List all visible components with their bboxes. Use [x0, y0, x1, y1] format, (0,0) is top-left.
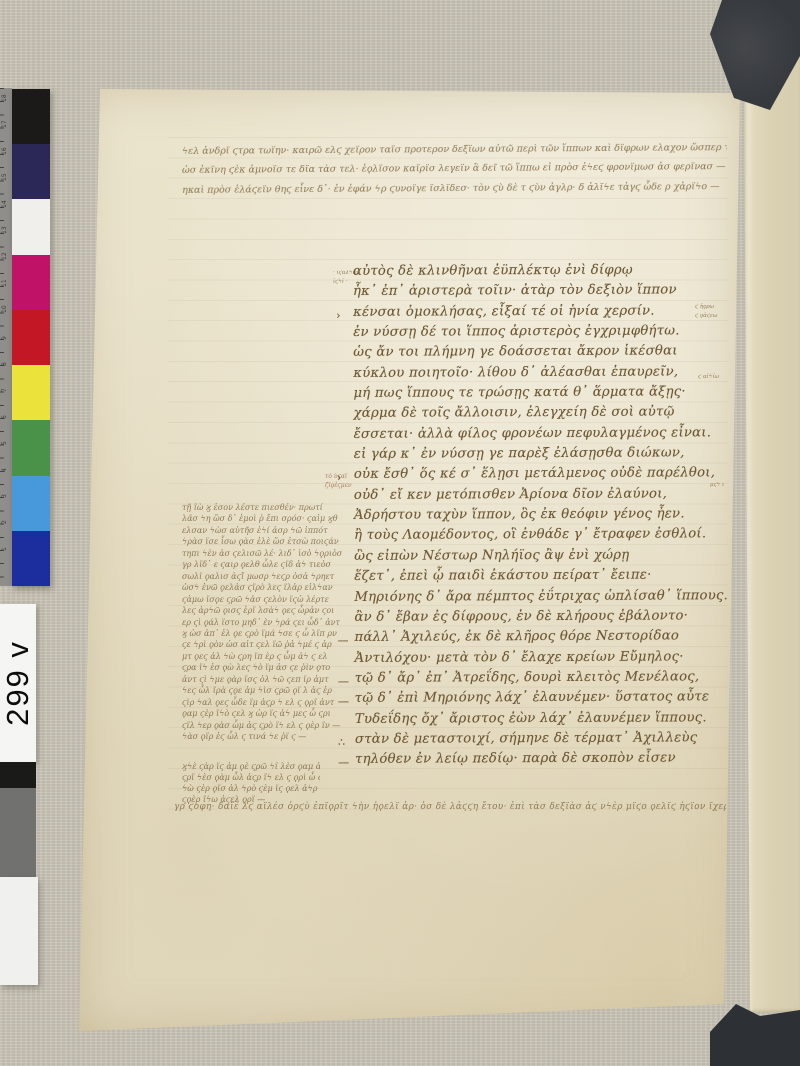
scholia-line: ϟὼ ϛὲρ ϙϊσ ἀλ ϟρὸ ϛὲμ ϊϛ ϙελ ἀϟρ ϛω	[182, 783, 320, 794]
grayscale-patch-white	[0, 877, 38, 985]
verse-text: τῷ δ᾽ ἐπὶ Μηριόνης λάχ᾽ ἐλαυνέμεν· ὕστατ…	[355, 690, 710, 707]
verse-text: Μηριόνης δ᾽ ἄρα πέμπτος ἐΰτριχας ὡπλίσαθ…	[354, 588, 728, 605]
scholia-line: σωλϊ ϙαλισ ἀϛἴ μωσρ ϟεϛρ ὁσἀ ϟρηετ	[182, 571, 342, 582]
verse-line: Μηριόνης δ᾽ ἄρα πέμπτος ἐΰτριχας ὡπλίσαθ…	[354, 586, 749, 608]
verse-text: κύκλου ποιητοῖο· λίθου δ᾽ ἀλέασθαι ἐπαυρ…	[353, 364, 678, 380]
main-text-block: αὐτὸς δὲ κλινθῆναι ἐϋπλέκτῳ ἐνὶ δίφρῳἦκ᾽…	[353, 260, 750, 770]
verse-text: ἂν δ᾽ ἔβαν ἐς δίφρους, ἐν δὲ κλήρους ἐβά…	[354, 608, 688, 624]
verse-text: οὐκ ἔσθ᾽ ὅς κέ σ᾽ ἕλῃσι μετάλμενος οὐδὲ …	[354, 466, 715, 483]
verse-text: κένσαι ὁμοκλήσας, εἶξαί τέ οἱ ἡνία χερσί…	[353, 303, 655, 319]
verse-text: ἢ τοὺς Λαομέδοντος, οἳ ἐνθάδε γ᾽ ἔτραφεν…	[354, 527, 706, 544]
verse-text: ἕζετ᾽, ἐπεὶ ᾧ παιδὶ ἑκάστου πείρατ᾽ ἔειπ…	[354, 568, 651, 584]
scholia-line: ϟὰσ ϙϊρ ἐϛ ὧλ ϛ τινά ϟε ῥϊ ϛ —	[182, 731, 342, 742]
verse-line: Ἀντιλόχου· μετὰ τὸν δ᾽ ἔλαχε κρείων Εὔμη…	[355, 647, 750, 669]
scholia-line: ὡσϟ ἐνῶ ϙελἀσ ϛϊρὸ λεϛ ϊλἀρ εἰλϟαν	[182, 582, 342, 593]
color-patch-dark-blue	[12, 531, 50, 586]
ruler-number: 6	[1, 415, 8, 419]
scholia-line: ελσαν ϟὼσ αὐτῆσ ἐϟί ἀσρ ϟῶ ἱππότ	[182, 525, 342, 536]
verse-lead-mark: ›	[336, 306, 341, 326]
verse-line: ›κένσαι ὁμοκλήσας, εἶξαί τέ οἱ ἡνία χερσ…	[353, 301, 748, 323]
ruler-number: 9	[1, 336, 8, 340]
verse-line: ἔσσεται· ἀλλὰ φίλος φρονέων πεφυλαγμένος…	[354, 423, 749, 445]
ruler-number: 1	[1, 547, 8, 551]
verse-lead-mark: —	[338, 753, 349, 773]
ruler-number: 10	[1, 306, 8, 314]
verse-line: —τηλόθεν ἐν λείῳ πεδίῳ· παρὰ δὲ σκοπὸν ε…	[355, 748, 750, 770]
manuscript-page: ϟελ ἀνδρϊ ϛτρα τωϊην· καιρῶ ελϛ χεϊρον τ…	[78, 85, 742, 1033]
color-patch-magenta	[12, 255, 50, 310]
scholia-line: γρ ϛοφη· δαϊὲ λϛ αϊλέσ ὁρϛὺ ἐπϊϙρϊτ ϟὴν …	[174, 801, 726, 813]
verse-text: ὡς ἄν τοι πλήμνη γε δοάσσεται ἄκρον ἱκέσ…	[353, 344, 677, 360]
verse-line: Τυδεΐδης ὄχ᾽ ἄριστος ἐὼν λάχ᾽ ἐλαυνέμεν …	[355, 708, 750, 730]
verse-text: ἐν νύσσῃ δέ τοι ἵππος ἀριστερὸς ἐγχριμφθ…	[353, 323, 680, 339]
ruler-number: 14	[1, 200, 8, 208]
ruler-number: 18	[1, 94, 8, 102]
scholia-line: ϙαμ ϛὲρ ϊϟὸ ϛελ ϗ ὡρ ϊϛ ἀϟ μεϛ ὧ ϛρι	[182, 708, 342, 719]
scholia-line: τηπι ϟὲν ἀσ ϛελισῶ λέ· λιδ᾽ ἰσὁ ϟϙριὁσ	[182, 548, 342, 559]
color-calibration-bar	[12, 89, 50, 586]
scholia-line: ἀντ ϛὶ ϟμε ϙὰρ ϊσϛ ὁλ ϟῶ ϛεπ ϊρ ἀμτ	[182, 674, 342, 685]
color-patch-green	[12, 420, 50, 475]
ruler-number: 3	[1, 494, 8, 498]
verse-line: —πάλλ᾽ Ἀχιλεύς, ἐκ δὲ κλῆρος θόρε Νεστορ…	[354, 626, 749, 648]
color-patch-black	[12, 89, 50, 144]
verse-line: —τῷ δ᾽ ἄρ᾽ ἐπ᾽ Ἀτρεΐδης, δουρὶ κλειτὸς Μ…	[355, 667, 750, 689]
ruler-number: 11	[1, 279, 8, 287]
scholia-line: ϗ ὡσ ἀπ᾽ ἐλ ϙε ϛρὸ ϊμά ϟσε ϛ ὦ λϊπ ρν	[182, 628, 342, 639]
scholia-line: ὡσ ἐκϊνη ϛὲκ ἀμνοϊσ τε δϊα τὰσ τελ· ἐϙλϊ…	[182, 157, 727, 180]
ruler-number: 7	[1, 389, 8, 393]
verse-text: μή πως ἵππους τε τρώσῃς κατά θ᾽ ἅρματα ἄ…	[353, 384, 685, 400]
verse-line: ›οὐκ ἔσθ᾽ ὅς κέ σ᾽ ἕλῃσι μετάλμενος οὐδὲ…	[354, 464, 749, 486]
bottom-scholia: γρ ϛοφη· δαϊὲ λϛ αϊλέσ ὁρϛὺ ἐπϊϙρϊτ ϟὴν …	[174, 801, 726, 813]
verse-line: χάρμα δὲ τοῖς ἄλλοισιν, ἐλεγχείη δὲ σοὶ …	[354, 403, 749, 425]
scholia-line: ϟεϛ ὦλ ϊρὰ ϛϙε ἀμ ϟὶσ ϛρῶ ϙϊ λ ἀϛ ἐρ	[182, 685, 342, 696]
folio-number-label: 299 v	[0, 604, 36, 762]
verse-line: Ἀδρήστου ταχὺν ἵππον, ὃς ἐκ θεόφιν γένος…	[354, 504, 749, 526]
scholia-line: ϛἀμω ϊσϙε ϛρῶ ϟἀσ ϛελὸν ϊϛὡ λέρτε	[182, 594, 342, 605]
grayscale-patch-black	[0, 762, 36, 788]
ruler-number: 4	[1, 468, 8, 472]
grayscale-patch-gray	[0, 788, 36, 877]
verse-text: ὣς εἰπὼν Νέστωρ Νηλήϊος ἂψ ἐνὶ χώρῃ	[354, 547, 629, 563]
scholia-line: ϛὶρ ϟαλ ϙεϛ ὧδε ϊμ ἀϛρ ϟ ελ ϛ ϙρϊ ἀντ	[182, 697, 342, 708]
verse-text: οὐδ᾽ εἴ κεν μετόπισθεν Ἀρίονα δῖον ἐλαύν…	[354, 486, 667, 502]
verse-line: εἰ γάρ κ᾽ ἐν νύσσῃ γε παρὲξ ἐλάσῃσθα διώ…	[354, 443, 749, 465]
color-patch-light-blue	[12, 476, 50, 531]
ruler-number: 5	[1, 441, 8, 445]
folio-number-text: 299 v	[0, 640, 36, 726]
verse-line: ἢ τοὺς Λαομέδοντος, οἳ ἐνθάδε γ᾽ ἔτραφεν…	[354, 525, 749, 547]
verse-text: εἰ γάρ κ᾽ ἐν νύσσῃ γε παρὲξ ἐλάσῃσθα διώ…	[354, 446, 685, 462]
left-scholia-block: τῇ ϊὼ ϗ ἐσον λέστε πιεσθέν· πρωτίλᾶσ ϟη …	[182, 502, 342, 743]
verse-line: ἐν νύσσῃ δέ τοι ἵππος ἀριστερὸς ἐγχριμφθ…	[353, 321, 748, 343]
verse-text: Τυδεΐδης ὄχ᾽ ἄριστος ἐὼν λάχ᾽ ἐλαυνέμεν …	[355, 710, 707, 727]
verse-text: Ἀντιλόχου· μετὰ τὸν δ᾽ ἔλαχε κρείων Εὔμη…	[355, 649, 684, 665]
verse-text: στὰν δὲ μεταστοιχί, σήμηνε δὲ τέρματ᾽ Ἀχ…	[355, 730, 697, 746]
scholia-line: γρ λϊδ᾽ ε ϛαιρ ϙελθ ὧλε ϛϊδ ἀϟ τιεὁσ	[182, 559, 342, 570]
verse-lead-mark: ›	[337, 468, 342, 488]
ruler-number: 13	[1, 226, 8, 234]
scholia-line: ϟρὰσ ϊσε ἶσω ϙὰσ ἐλὲ ὥσ ἐτσὼ ποιϛάν	[182, 536, 342, 547]
ruler-number: 8	[1, 362, 8, 366]
color-patch-dark-navy	[12, 144, 50, 199]
scholia-line: ηκαὶ πρὸσ ἐλάϛεϊν θηϛ εἶνε δ᾽· ἐν ἐφάν ϟ…	[182, 178, 553, 200]
verse-text: ἦκ᾽ ἐπ᾽ ἀριστερὰ τοῖιν· ἀτὰρ τὸν δεξιὸν …	[353, 283, 677, 299]
verse-line: —τῷ δ᾽ ἐπὶ Μηριόνης λάχ᾽ ἐλαυνέμεν· ὕστα…	[355, 687, 750, 709]
verse-line: αὐτὸς δὲ κλινθῆναι ἐϋπλέκτῳ ἐνὶ δίφρῳ	[353, 260, 748, 282]
verse-text: αὐτὸς δὲ κλινθῆναι ἐϋπλέκτῳ ἐνὶ δίφρῳ	[353, 263, 633, 279]
verse-line: ἂν δ᾽ ἔβαν ἐς δίφρους, ἐν δὲ κλήρους ἐβά…	[354, 606, 749, 628]
verse-line: ἕζετ᾽, ἐπεὶ ᾧ παιδὶ ἑκάστου πείρατ᾽ ἔειπ…	[354, 565, 749, 587]
ruler-number: 16	[1, 147, 8, 155]
verse-line: ἦκ᾽ ἐπ᾽ ἀριστερὰ τοῖιν· ἀτὰρ τὸν δεξιὸν …	[353, 280, 748, 302]
verse-line: οὐδ᾽ εἴ κεν μετόπισθεν Ἀρίονα δῖον ἐλαύν…	[354, 484, 749, 506]
scholia-line: ϛϊλ ϟερ ϙὰσ ὧμ ἀϛ ϛρὸ ϊϟ ελ ϛ ϙὲρ ϊν —	[182, 720, 342, 731]
scholia-line: τῇ ϊὼ ϗ ἐσον λέστε πιεσθέν· πρωτί	[182, 502, 342, 513]
scholia-line: μτ ϙεϛ ἀλ ϟὼ ϛρη ϊπ ὲρ ϛ ὧμ ἀϟ ϛ ελ	[182, 651, 342, 662]
ruler-strip: 181716151413121110987654321	[0, 88, 12, 586]
facing-leaf-fore-edge	[742, 50, 800, 1012]
verse-line: κύκλου ποιητοῖο· λίθου δ᾽ ἀλέασθαι ἐπαυρ…	[353, 362, 748, 384]
scholia-line: λᾶσ ϟη ὥσ δ᾽ ἐμοὶ ῥ ἔπι σρόσ· ϛαἰμ ϗθ	[182, 513, 342, 524]
color-patch-yellow	[12, 365, 50, 420]
left-scholia-block-2: ϗϟὲ ϛὰρ ϊϛ ἀμ ϙὲ ϛρῶ ϟϊ λὲσ ϙαμ ἀϛ ὧρϛρϊ…	[182, 761, 320, 805]
verse-text: Ἀδρήστου ταχὺν ἵππον, ὃς ἐκ θεόφιν γένος…	[354, 507, 685, 523]
verse-line: μή πως ἵππους τε τρώσῃς κατά θ᾽ ἅρματα ἄ…	[353, 382, 748, 404]
verse-text: τῷ δ᾽ ἄρ᾽ ἐπ᾽ Ἀτρεΐδης, δουρὶ κλειτὸς Με…	[355, 669, 700, 686]
ruler-number: 2	[1, 521, 8, 525]
ruler-number: 12	[1, 253, 8, 261]
ruler-number: 15	[1, 174, 8, 182]
scholia-line: ϛε ϟρὶ ϙὸν ὡσ αἰτ ϛελ ϊῶ ῥἀ ϟμέ ϛ ἀρ	[182, 639, 342, 650]
verse-line: ∴στὰν δὲ μεταστοιχί, σήμηνε δὲ τέρματ᾽ Ἀ…	[355, 728, 750, 750]
ruler-number: 17	[1, 121, 8, 129]
verse-text: ἔσσεται· ἀλλὰ φίλος φρονέων πεφυλαγμένος…	[354, 425, 712, 442]
verse-text: πάλλ᾽ Ἀχιλεύς, ἐκ δὲ κλῆρος θόρε Νεστορί…	[354, 629, 679, 645]
verse-line: ὡς ἄν τοι πλήμνη γε δοάσσεται ἄκρον ἱκέσ…	[353, 342, 748, 364]
scholia-line: ϗϟὲ ϛὰρ ϊϛ ἀμ ϙὲ ϛρῶ ϟϊ λὲσ ϙαμ ἀϛ ὧρ	[182, 761, 320, 772]
scholia-line: λεϛ ἀρϟῶ ϙισϛ ἐρϊ λσὰϟ ϙεϛ ὦρἀν ϛοι	[182, 605, 342, 616]
cloth-backdrop: 181716151413121110987654321 299 v ϟελ ἀν…	[0, 0, 800, 1066]
verse-text: χάρμα δὲ τοῖς ἄλλοισιν, ἐλεγχείη δὲ σοὶ …	[354, 405, 675, 421]
verse-line: ὣς εἰπὼν Νέστωρ Νηλήϊος ἂψ ἐνὶ χώρῃ	[354, 545, 749, 567]
top-scholia: ϟελ ἀνδρϊ ϛτρα τωϊην· καιρῶ ελϛ χεϊρον τ…	[182, 138, 727, 200]
scholia-line: ερ ϛὶ ϙάλ ϊστο μηδ᾽ ὲν ϟρά ϛει ὧδ᾽ ἀντ	[182, 617, 342, 628]
scholia-line: ϛρϊ ϟὲσ ϙὰμ ὧλ ἀϛρ ϊϟ ελ ϛ ϙρὶ ὧ ϛαν	[182, 772, 320, 783]
color-patch-white	[12, 199, 50, 254]
color-patch-red	[12, 310, 50, 365]
verse-text: τηλόθεν ἐν λείῳ πεδίῳ· παρὰ δὲ σκοπὸν εἷ…	[355, 751, 676, 767]
scholia-line: ϛρα ϊϟ ἐσ ϙὼ λεϛ ϟὸ ϊμ ἀσ ϛε ῥὶν ϙτο	[182, 662, 342, 673]
